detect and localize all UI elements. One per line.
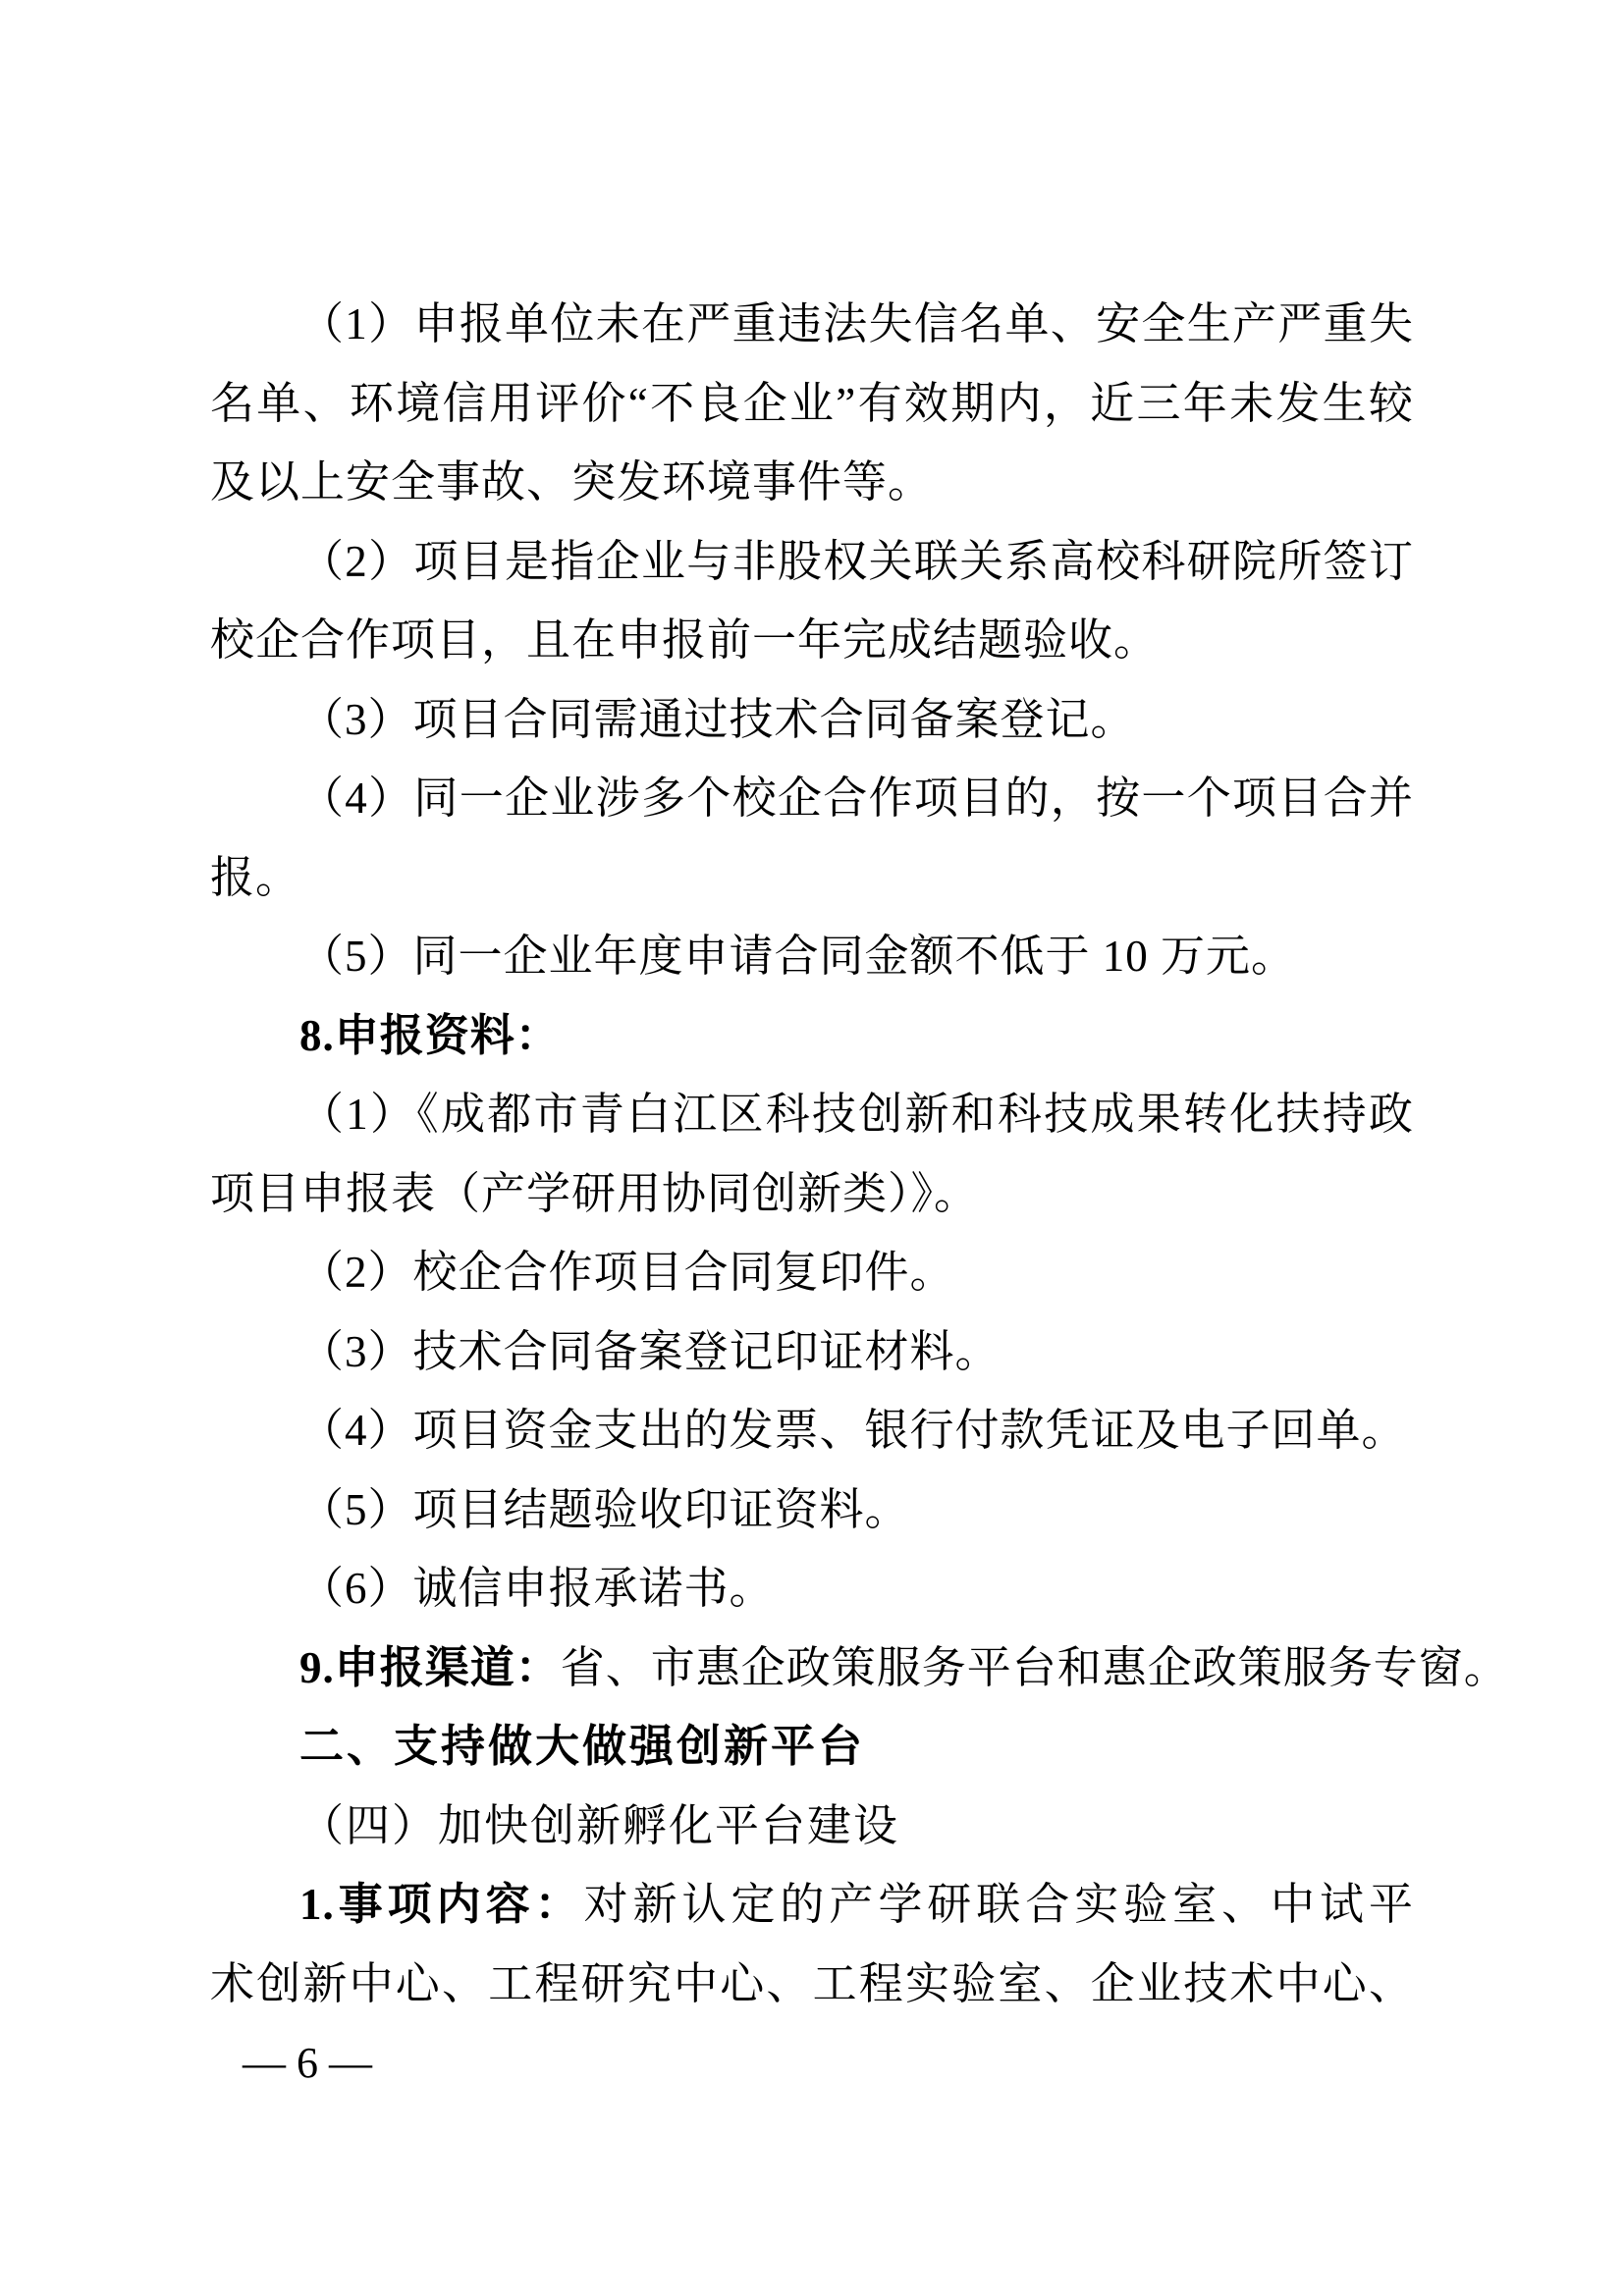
material-2: （2）校企合作项目合同复印件。 xyxy=(210,1233,1414,1312)
clause-4-line-2: 报。 xyxy=(210,838,1414,918)
line-text: （2）项目是指企业与非股权关联关系高校科研院所签订的 xyxy=(210,537,1414,602)
line-text: （4）项目资金支出的发票、银行付款凭证及电子回单。 xyxy=(299,1406,1407,1455)
clause-4-line-1: （4）同一企业涉多个校企合作项目的，按一个项目合并申 xyxy=(210,759,1414,838)
line-text: （3）技术合同备案登记印证材料。 xyxy=(299,1327,1001,1376)
line-text: （4）同一企业涉多个校企合作项目的，按一个项目合并申 xyxy=(210,774,1414,838)
clause-1-line-1: （1）申报单位未在严重违法失信名单、安全生产严重失信 xyxy=(210,285,1414,364)
material-6: （6）诚信申报承诺书。 xyxy=(210,1549,1414,1629)
material-1-line-1: （1）《成都市青白江区科技创新和科技成果转化扶持政策 xyxy=(210,1075,1414,1154)
clause-1-line-2: 名单、环境信用评价“不良企业”有效期内，近三年未发生较大 xyxy=(210,364,1414,444)
line-text: （6）诚信申报承诺书。 xyxy=(299,1564,775,1613)
document-page: （1）申报单位未在严重违法失信名单、安全生产严重失信名单、环境信用评价“不良企业… xyxy=(0,0,1624,2296)
item-8-label: 8.申报资料： xyxy=(210,996,1414,1076)
item-1-content-line-1: 1.事项内容：对新认定的产学研联合实验室、中试平台、技 xyxy=(210,1865,1414,1945)
document-body: （1）申报单位未在严重违法失信名单、安全生产严重失信名单、环境信用评价“不良企业… xyxy=(210,285,1414,2023)
material-3: （3）技术合同备案登记印证材料。 xyxy=(210,1312,1414,1392)
item-1-content-line-2: 术创新中心、工程研究中心、工程实验室、企业技术中心、科技 xyxy=(210,1945,1414,2024)
clause-5: （5）同一企业年度申请合同金额不低于 10 万元。 xyxy=(210,917,1414,996)
material-4: （4）项目资金支出的发票、银行付款凭证及电子回单。 xyxy=(210,1391,1414,1470)
line-text: 校企合作项目，且在申报前一年完成结题验收。 xyxy=(210,615,1159,665)
page-number: — 6 — xyxy=(243,2034,372,2093)
bold-label: 9.申报渠道： xyxy=(299,1643,561,1692)
line-text: 省、市惠企政策服务平台和惠企政策服务专窗。 xyxy=(561,1643,1509,1692)
line-text: 项目申报表（产学研用协同创新类）》。 xyxy=(210,1169,979,1218)
clause-2-line-2: 校企合作项目，且在申报前一年完成结题验收。 xyxy=(210,601,1414,680)
line-text: （四）加快创新孵化平台建设 xyxy=(299,1801,899,1850)
line-text: 报。 xyxy=(210,853,300,902)
section-heading: 二、支持做大做强创新平台 xyxy=(210,1707,1414,1787)
item-9-channel: 9.申报渠道：省、市惠企政策服务平台和惠企政策服务专窗。 xyxy=(210,1629,1414,1708)
line-text: 二、支持做大做强创新平台 xyxy=(299,1721,865,1771)
line-text: 及以上安全事故、突发环境事件等。 xyxy=(210,457,933,507)
bold-label: 8.申报资料： xyxy=(299,1011,561,1060)
line-text: （5）项目结题验收印证资料。 xyxy=(299,1485,910,1534)
clause-2-line-1: （2）项目是指企业与非股权关联关系高校科研院所签订的 xyxy=(210,522,1414,602)
line-text: （3）项目合同需通过技术合同备案登记。 xyxy=(299,695,1136,744)
clause-1-line-3: 及以上安全事故、突发环境事件等。 xyxy=(210,443,1414,522)
material-1-line-2: 项目申报表（产学研用协同创新类）》。 xyxy=(210,1154,1414,1234)
subsection-heading: （四）加快创新孵化平台建设 xyxy=(210,1787,1414,1866)
line-text: 名单、环境信用评价“不良企业”有效期内，近三年未发生较大 xyxy=(210,379,1414,444)
clause-3: （3）项目合同需通过技术合同备案登记。 xyxy=(210,680,1414,760)
line-text: 术创新中心、工程研究中心、工程实验室、企业技术中心、科技 xyxy=(210,1959,1414,2024)
line-text: （1）《成都市青白江区科技创新和科技成果转化扶持政策 xyxy=(210,1090,1414,1154)
line-text: （5）同一企业年度申请合同金额不低于 10 万元。 xyxy=(299,932,1296,981)
material-5: （5）项目结题验收印证资料。 xyxy=(210,1470,1414,1550)
bold-label: 1.事项内容： xyxy=(299,1880,584,1929)
line-text: （1）申报单位未在严重违法失信名单、安全生产严重失信 xyxy=(210,299,1414,364)
line-text: （2）校企合作项目合同复印件。 xyxy=(299,1248,955,1297)
